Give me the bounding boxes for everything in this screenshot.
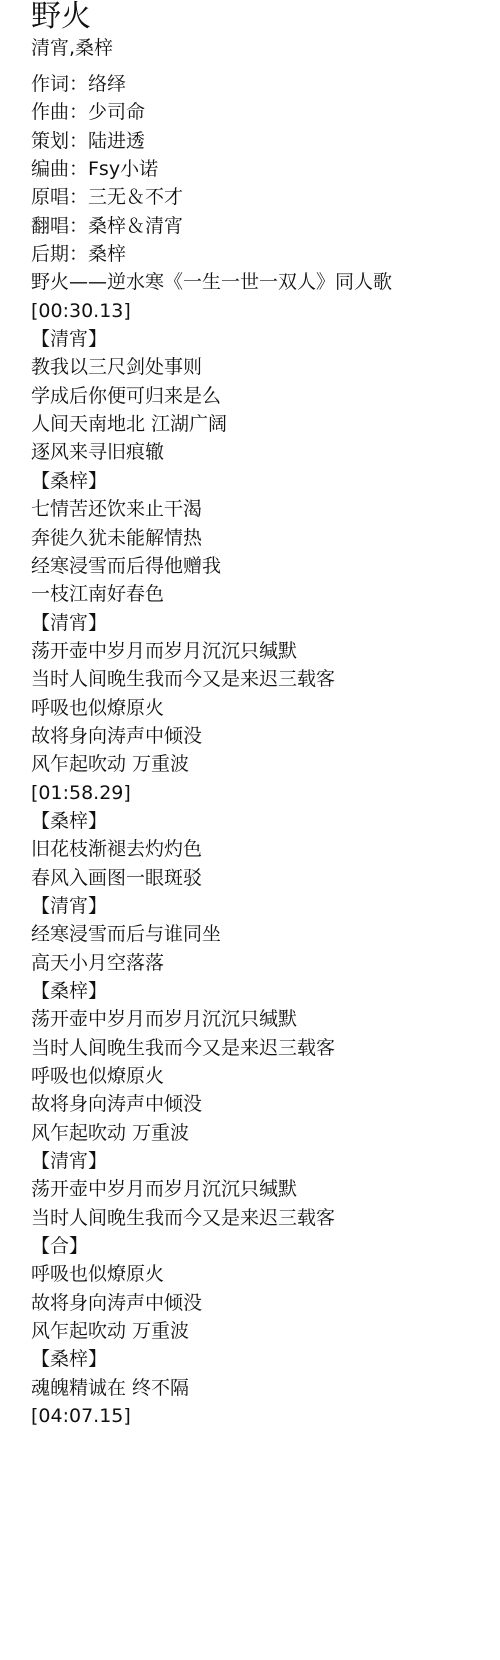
lyric-line: 【清宵】: [31, 892, 500, 920]
lyric-line: 呼吸也似燎原火: [31, 1062, 500, 1090]
lyric-line: 呼吸也似燎原火: [31, 1260, 500, 1288]
lyric-line: 当时人间晚生我而今又是来迟三载客: [31, 665, 500, 693]
lyric-line: 春风入画图一眼斑驳: [31, 864, 500, 892]
lyric-line: 【清宵】: [31, 609, 500, 637]
lyric-line: 翻唱：桑梓＆清宵: [31, 212, 500, 240]
lyric-line: 故将身向涛声中倾没: [31, 1090, 500, 1118]
lyric-line: 七情苦还饮来止干渴: [31, 495, 500, 523]
lyrics-list: 作词：络绎 作曲：少司命策划：陆进透编曲：Fsy小诺原唱：三无＆不才翻唱：桑梓＆…: [31, 70, 500, 1431]
song-title: 野火: [31, 0, 500, 34]
lyric-line: 魂魄精诚在 终不隔: [31, 1374, 500, 1402]
lyric-line: 学成后你便可归来是么: [31, 382, 500, 410]
lyric-line: [00:30.13]: [31, 297, 500, 325]
lyric-line: 教我以三尺剑处事则: [31, 353, 500, 381]
lyric-line: 策划：陆进透: [31, 127, 500, 155]
lyric-line: 经寒浸雪而后与谁同坐: [31, 920, 500, 948]
lyric-line: [01:58.29]: [31, 779, 500, 807]
lyric-line: 一枝江南好春色: [31, 580, 500, 608]
lyric-line: 风乍起吹动 万重波: [31, 750, 500, 778]
lyric-line: 【桑梓】: [31, 807, 500, 835]
lyric-line: 风乍起吹动 万重波: [31, 1317, 500, 1345]
lyric-line: 风乍起吹动 万重波: [31, 1119, 500, 1147]
lyric-line: 人间天南地北 江湖广阔: [31, 410, 500, 438]
lyric-line: 经寒浸雪而后得他赠我: [31, 552, 500, 580]
lyric-line: 编曲：Fsy小诺: [31, 155, 500, 183]
lyric-line: [04:07.15]: [31, 1402, 500, 1430]
lyric-line: 【桑梓】: [31, 1345, 500, 1373]
artist-name: 清宵,桑梓: [31, 34, 500, 70]
lyric-line: 野火——逆水寒《一生一世一双人》同人歌: [31, 268, 500, 296]
lyric-line: 当时人间晚生我而今又是来迟三载客: [31, 1034, 500, 1062]
lyric-line: 旧花枝渐褪去灼灼色: [31, 835, 500, 863]
lyric-line: 后期：桑梓: [31, 240, 500, 268]
lyric-line: 奔徙久犹未能解情热: [31, 524, 500, 552]
lyric-line: 逐风来寻旧痕辙: [31, 438, 500, 466]
lyric-line: 当时人间晚生我而今又是来迟三载客: [31, 1204, 500, 1232]
lyric-line: 【合】: [31, 1232, 500, 1260]
lyric-line: 荡开壶中岁月而岁月沉沉只缄默: [31, 1175, 500, 1203]
lyric-line: 荡开壶中岁月而岁月沉沉只缄默: [31, 1005, 500, 1033]
lyric-line: 【桑梓】: [31, 467, 500, 495]
lyric-line: 作曲：少司命: [31, 98, 500, 126]
lyric-line: 【清宵】: [31, 325, 500, 353]
lyric-line: 【桑梓】: [31, 977, 500, 1005]
lyric-line: 呼吸也似燎原火: [31, 694, 500, 722]
lyric-line: 故将身向涛声中倾没: [31, 722, 500, 750]
lyric-line: 荡开壶中岁月而岁月沉沉只缄默: [31, 637, 500, 665]
lyric-line: 故将身向涛声中倾没: [31, 1289, 500, 1317]
lyric-line: 高天小月空落落: [31, 949, 500, 977]
lyric-line: 原唱：三无＆不才: [31, 183, 500, 211]
lyric-line: 【清宵】: [31, 1147, 500, 1175]
lyric-line: 作词：络绎: [31, 70, 500, 98]
